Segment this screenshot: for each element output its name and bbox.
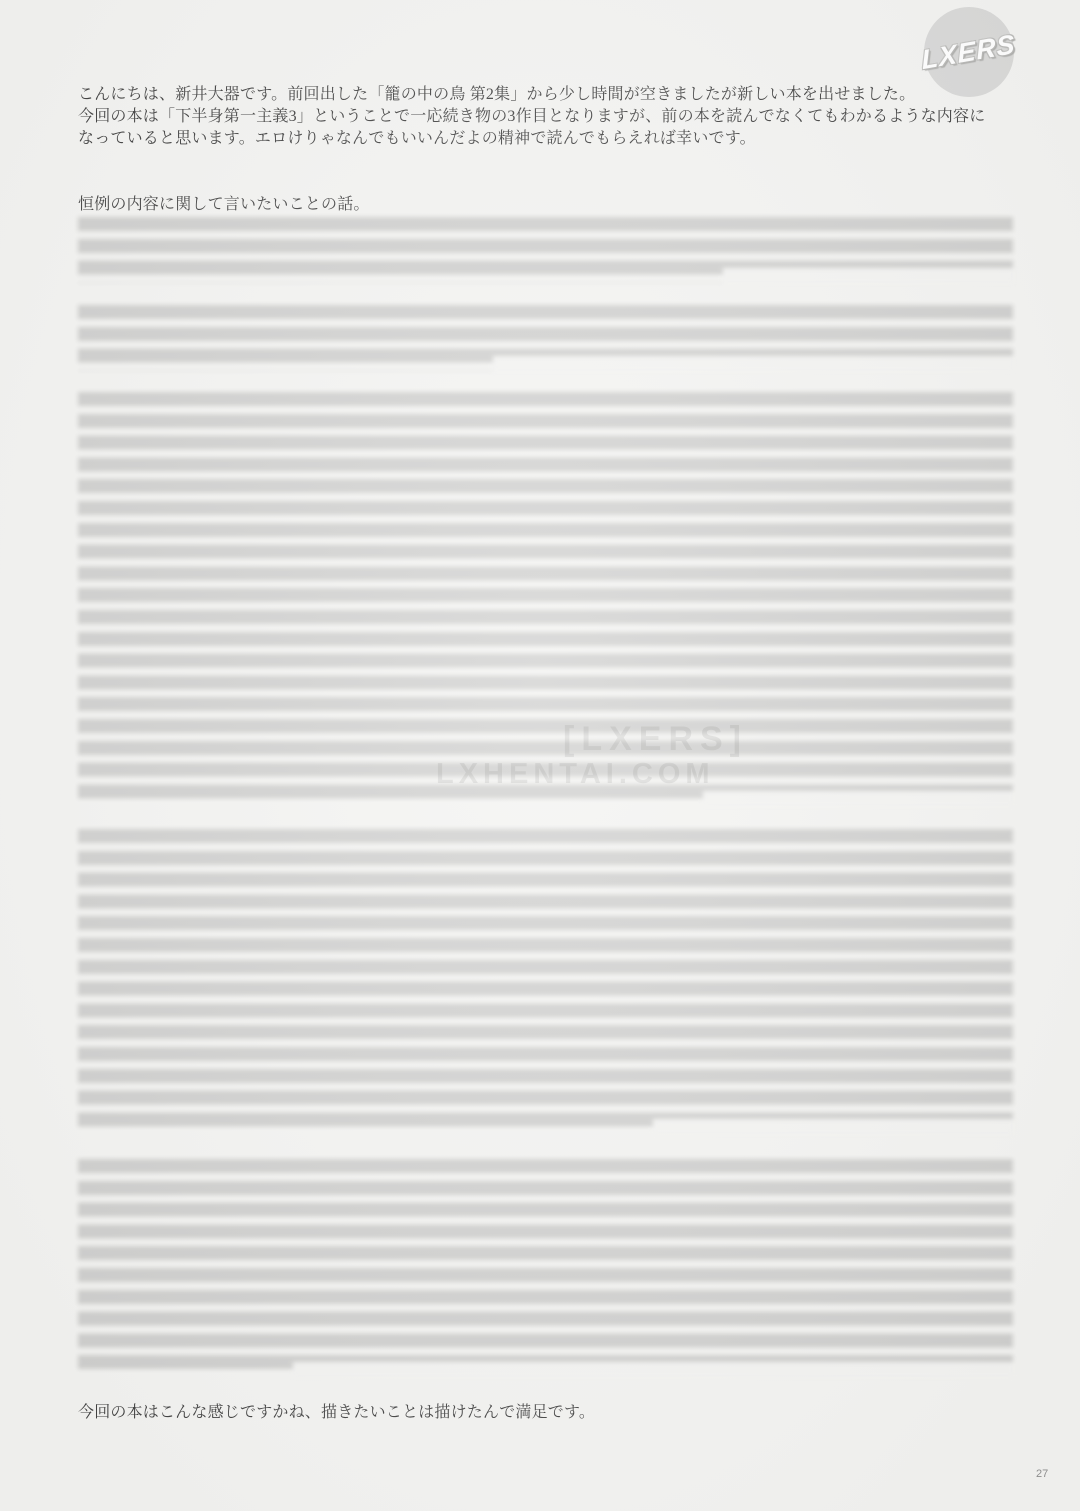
- lxers-logo-text: LXERS: [921, 28, 1017, 76]
- redaction-line-end: [293, 1362, 1013, 1377]
- redaction-line-end: [703, 791, 1013, 806]
- redacted-paragraph-block-4: [78, 392, 1013, 806]
- redaction-line-end: [723, 268, 1013, 283]
- document-page: LXERS [LXERS] LXHENTAI.COM こんにちは、新井大器です。…: [0, 0, 1080, 1511]
- redacted-paragraph-block-6: [78, 1159, 1013, 1377]
- redacted-paragraph-block-5: [78, 829, 1013, 1134]
- redacted-paragraph-block-2: [78, 217, 1013, 283]
- paragraph-greeting: こんにちは、新井大器です。前回出した「籠の中の鳥 第2集」から少し時間が空きまし…: [78, 84, 1013, 149]
- redaction-line-end: [493, 356, 1013, 371]
- page-number: 27: [1036, 1468, 1048, 1480]
- redacted-paragraph-block-3: [78, 305, 1013, 371]
- paragraph-topic-intro: 恒例の内容に関して言いたいことの話。: [78, 194, 1013, 216]
- paragraph-closing: 今回の本はこんな感じですかね、描きたいことは描けたんで満足です。: [78, 1402, 1013, 1424]
- redaction-line-end: [653, 1119, 1013, 1134]
